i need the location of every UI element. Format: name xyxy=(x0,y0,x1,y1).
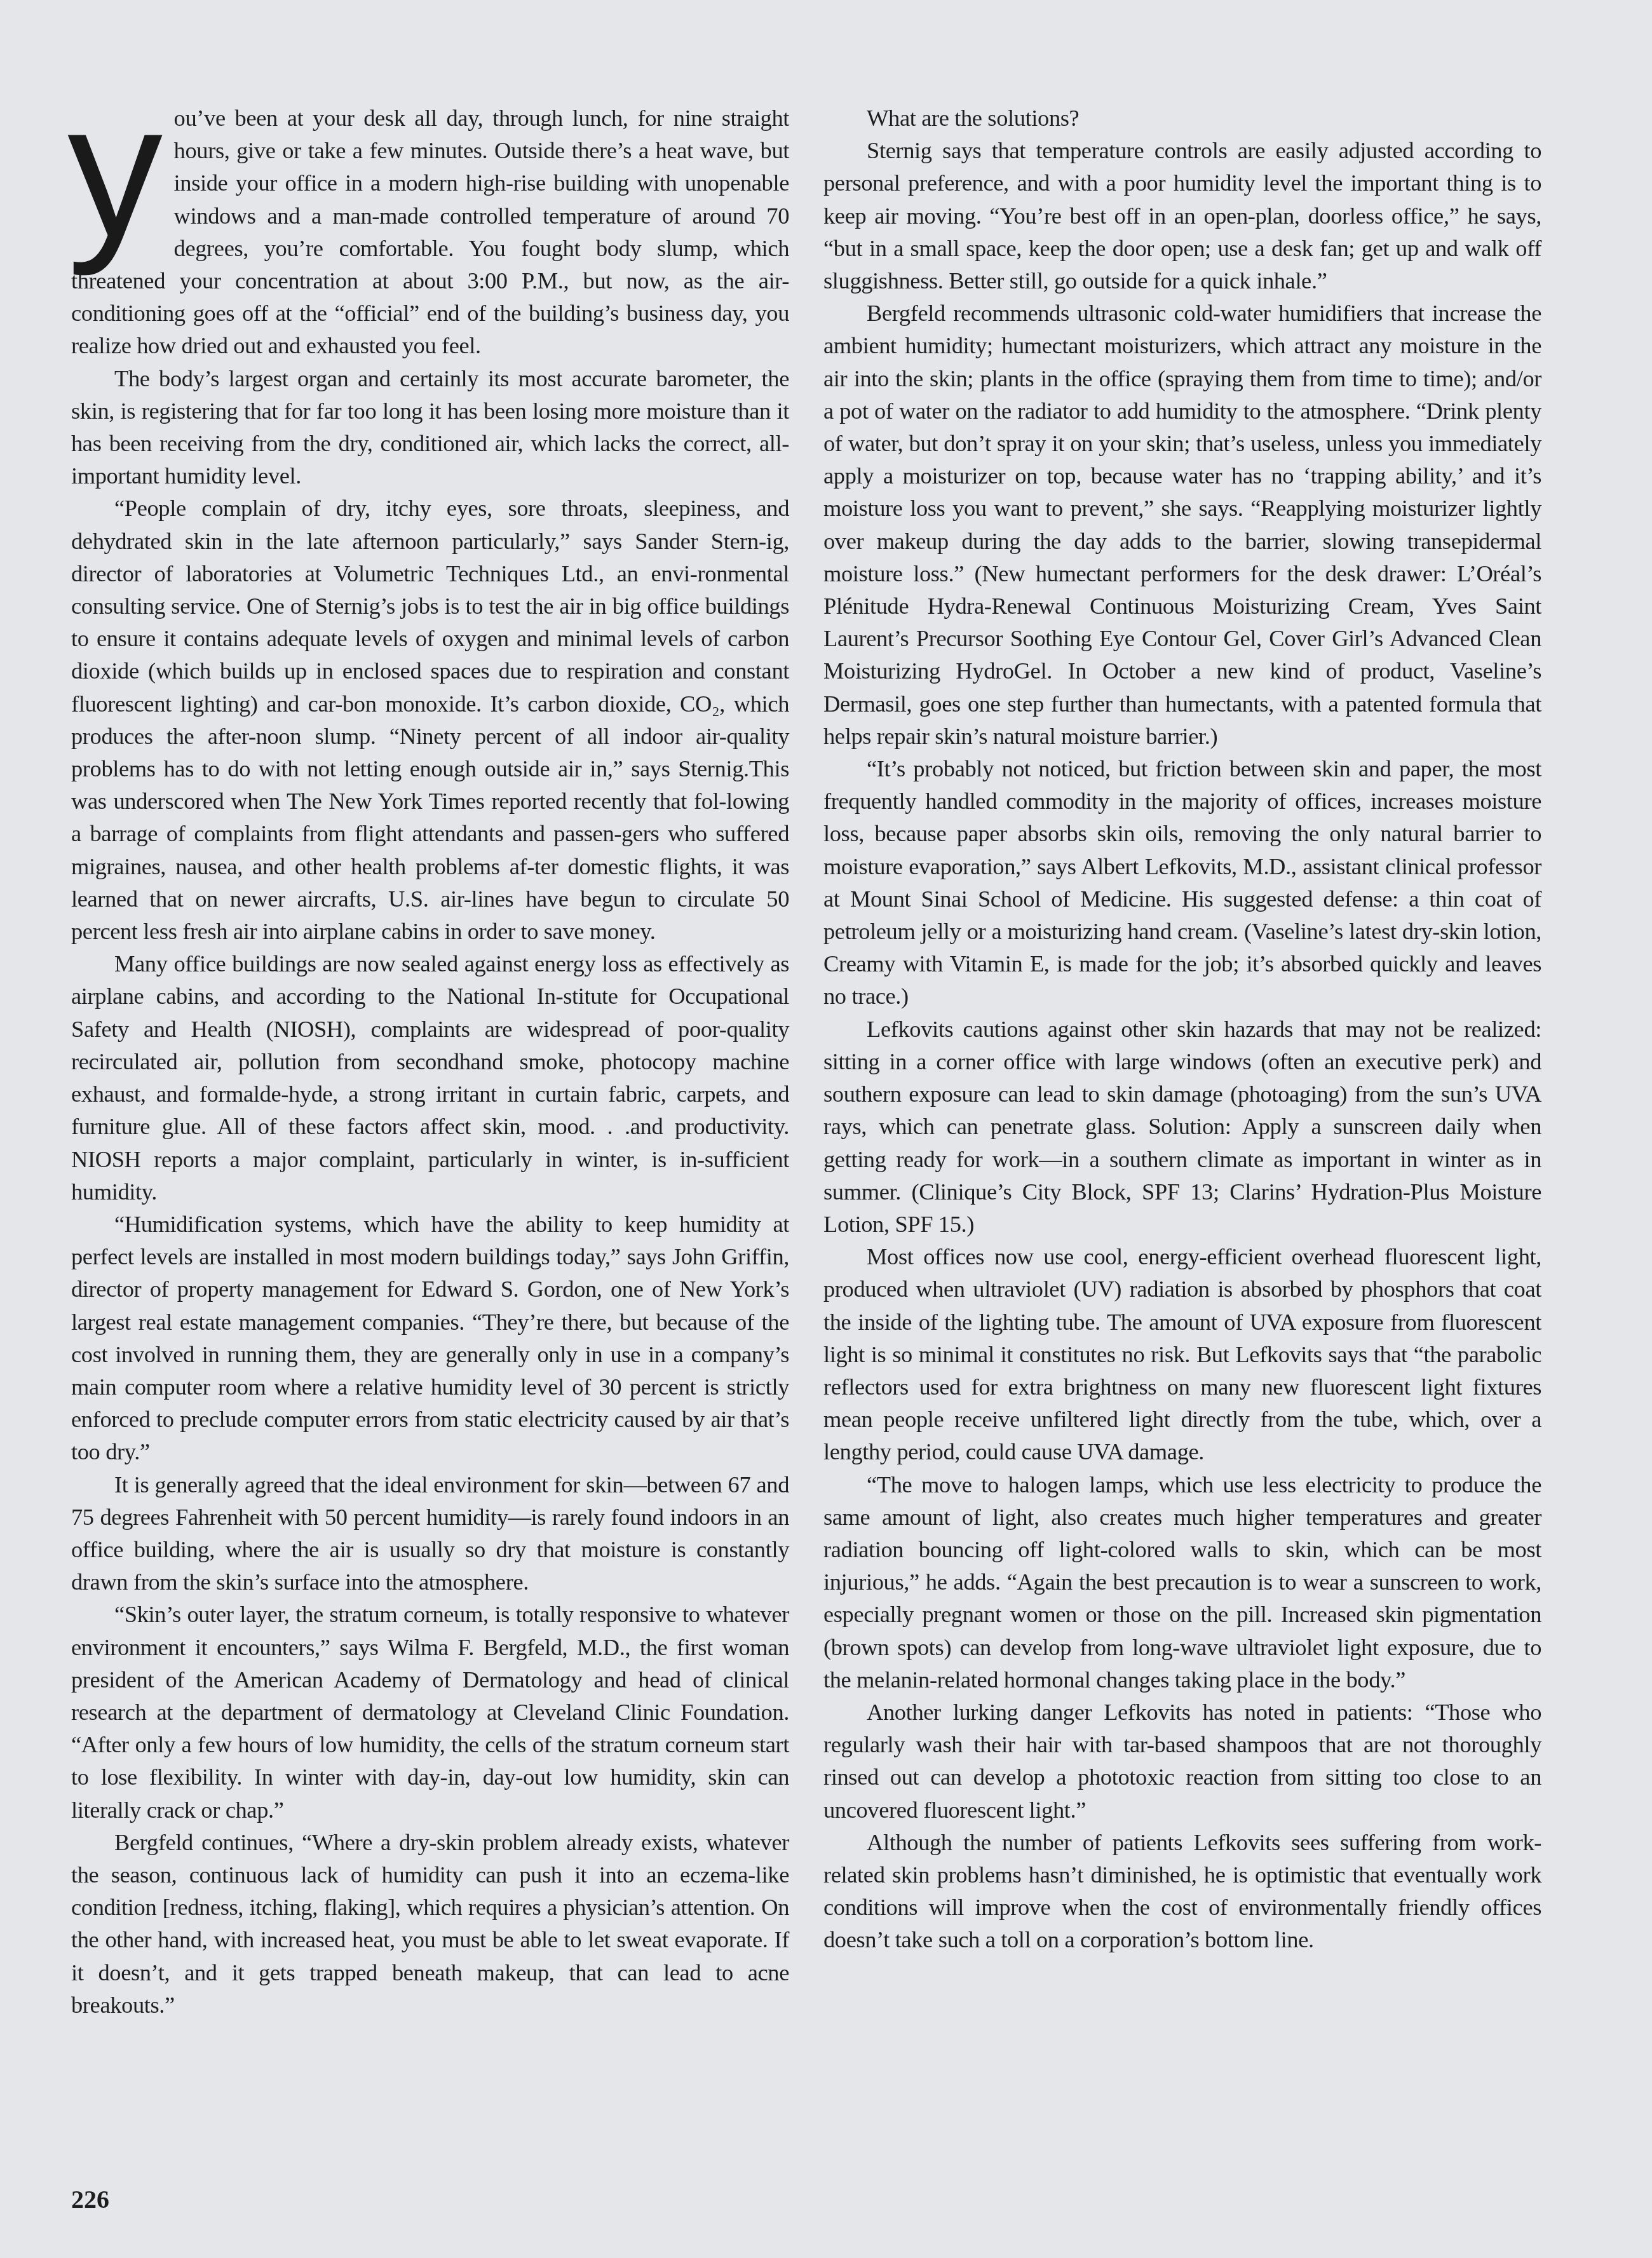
right-column: What are the solutions? Sternig says tha… xyxy=(823,102,1541,1956)
magazine-page: you’ve been at your desk all day, throug… xyxy=(0,0,1652,2258)
drop-cap: y xyxy=(67,103,163,243)
paragraph: “The move to halogen lamps, which use le… xyxy=(823,1468,1541,1696)
paragraph-lead: you’ve been at your desk all day, throug… xyxy=(71,102,789,362)
paragraph: “Skin’s outer layer, the stratum corneum… xyxy=(71,1598,789,1825)
left-column: you’ve been at your desk all day, throug… xyxy=(71,102,789,2021)
paragraph: “It’s probably not noticed, but friction… xyxy=(823,752,1541,1013)
paragraph: Most offices now use cool, energy-effici… xyxy=(823,1240,1541,1468)
paragraph: “People complain of dry, itchy eyes, sor… xyxy=(71,492,789,947)
paragraph: Another lurking danger Lefkovits has not… xyxy=(823,1696,1541,1826)
paragraph: Bergfeld continues, “Where a dry-skin pr… xyxy=(71,1826,789,2021)
paragraph: Although the number of patients Lefkovit… xyxy=(823,1826,1541,1956)
paragraph: Lefkovits cautions against other skin ha… xyxy=(823,1013,1541,1240)
paragraph: The body’s largest organ and certainly i… xyxy=(71,362,789,492)
paragraph: Sternig says that temperature controls a… xyxy=(823,134,1541,297)
section-question: What are the solutions? xyxy=(823,102,1541,134)
paragraph: Many office buildings are now sealed aga… xyxy=(71,947,789,1208)
paragraph: It is generally agreed that the ideal en… xyxy=(71,1468,789,1599)
page-number: 226 xyxy=(71,2184,109,2214)
paragraph: “Humidification systems, which have the … xyxy=(71,1208,789,1468)
paragraph: Bergfeld recommends ultrasonic cold-wate… xyxy=(823,297,1541,752)
